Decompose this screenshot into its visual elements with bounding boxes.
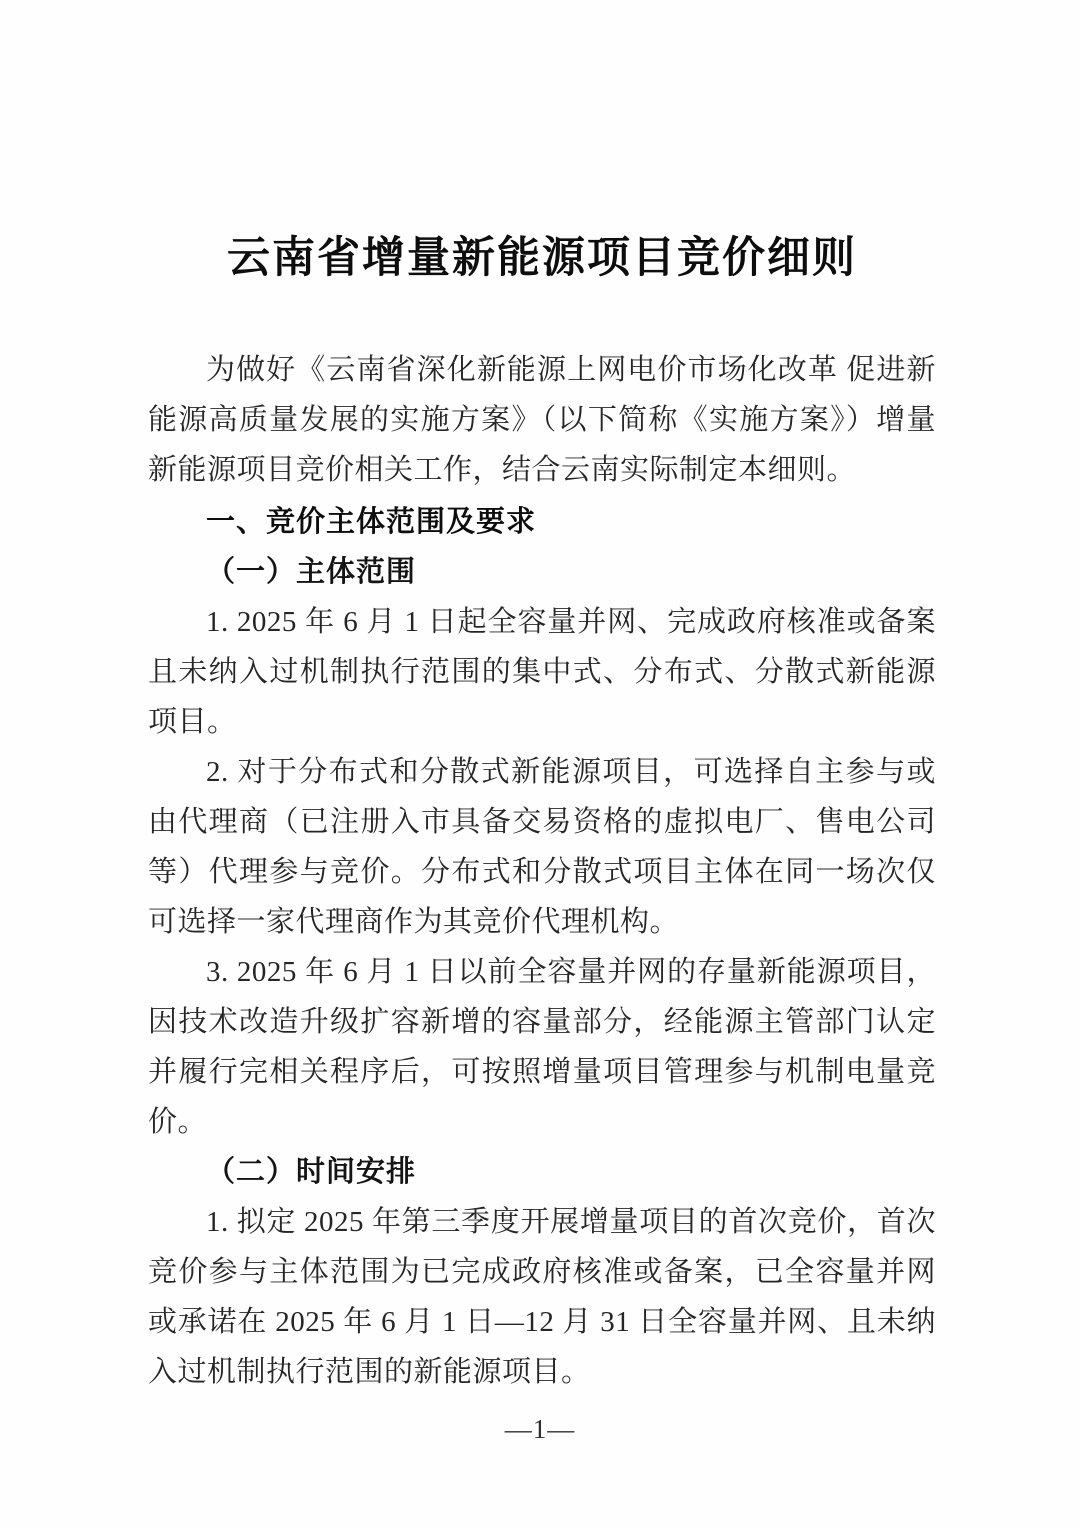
subsection-1-1-heading: （一）主体范围 [148, 547, 936, 597]
subsection-1-2-item-1: 1. 拟定 2025 年第三季度开展增量项目的首次竞价，首次竞价参与主体范围为已… [148, 1197, 936, 1397]
page-number: —1— [0, 1414, 1080, 1445]
page-title: 云南省增量新能源项目竞价细则 [148, 224, 936, 285]
subsection-1-1-item-2: 2. 对于分布式和分散式新能源项目，可选择自主参与或由代理商（已注册入市具备交易… [148, 747, 936, 947]
document-page: 云南省增量新能源项目竞价细则 为做好《云南省深化新能源上网电价市场化改革 促进新… [0, 0, 1080, 1527]
document-content: 云南省增量新能源项目竞价细则 为做好《云南省深化新能源上网电价市场化改革 促进新… [148, 224, 936, 1397]
intro-paragraph: 为做好《云南省深化新能源上网电价市场化改革 促进新能源高质量发展的实施方案》（以… [148, 345, 936, 495]
subsection-1-2-heading: （二）时间安排 [148, 1147, 936, 1197]
subsection-1-1-item-3: 3. 2025 年 6 月 1 日以前全容量并网的存量新能源项目，因技术改造升级… [148, 947, 936, 1147]
section-1-heading: 一、竞价主体范围及要求 [148, 497, 936, 547]
subsection-1-1-item-1: 1. 2025 年 6 月 1 日起全容量并网、完成政府核准或备案且未纳入过机制… [148, 597, 936, 747]
